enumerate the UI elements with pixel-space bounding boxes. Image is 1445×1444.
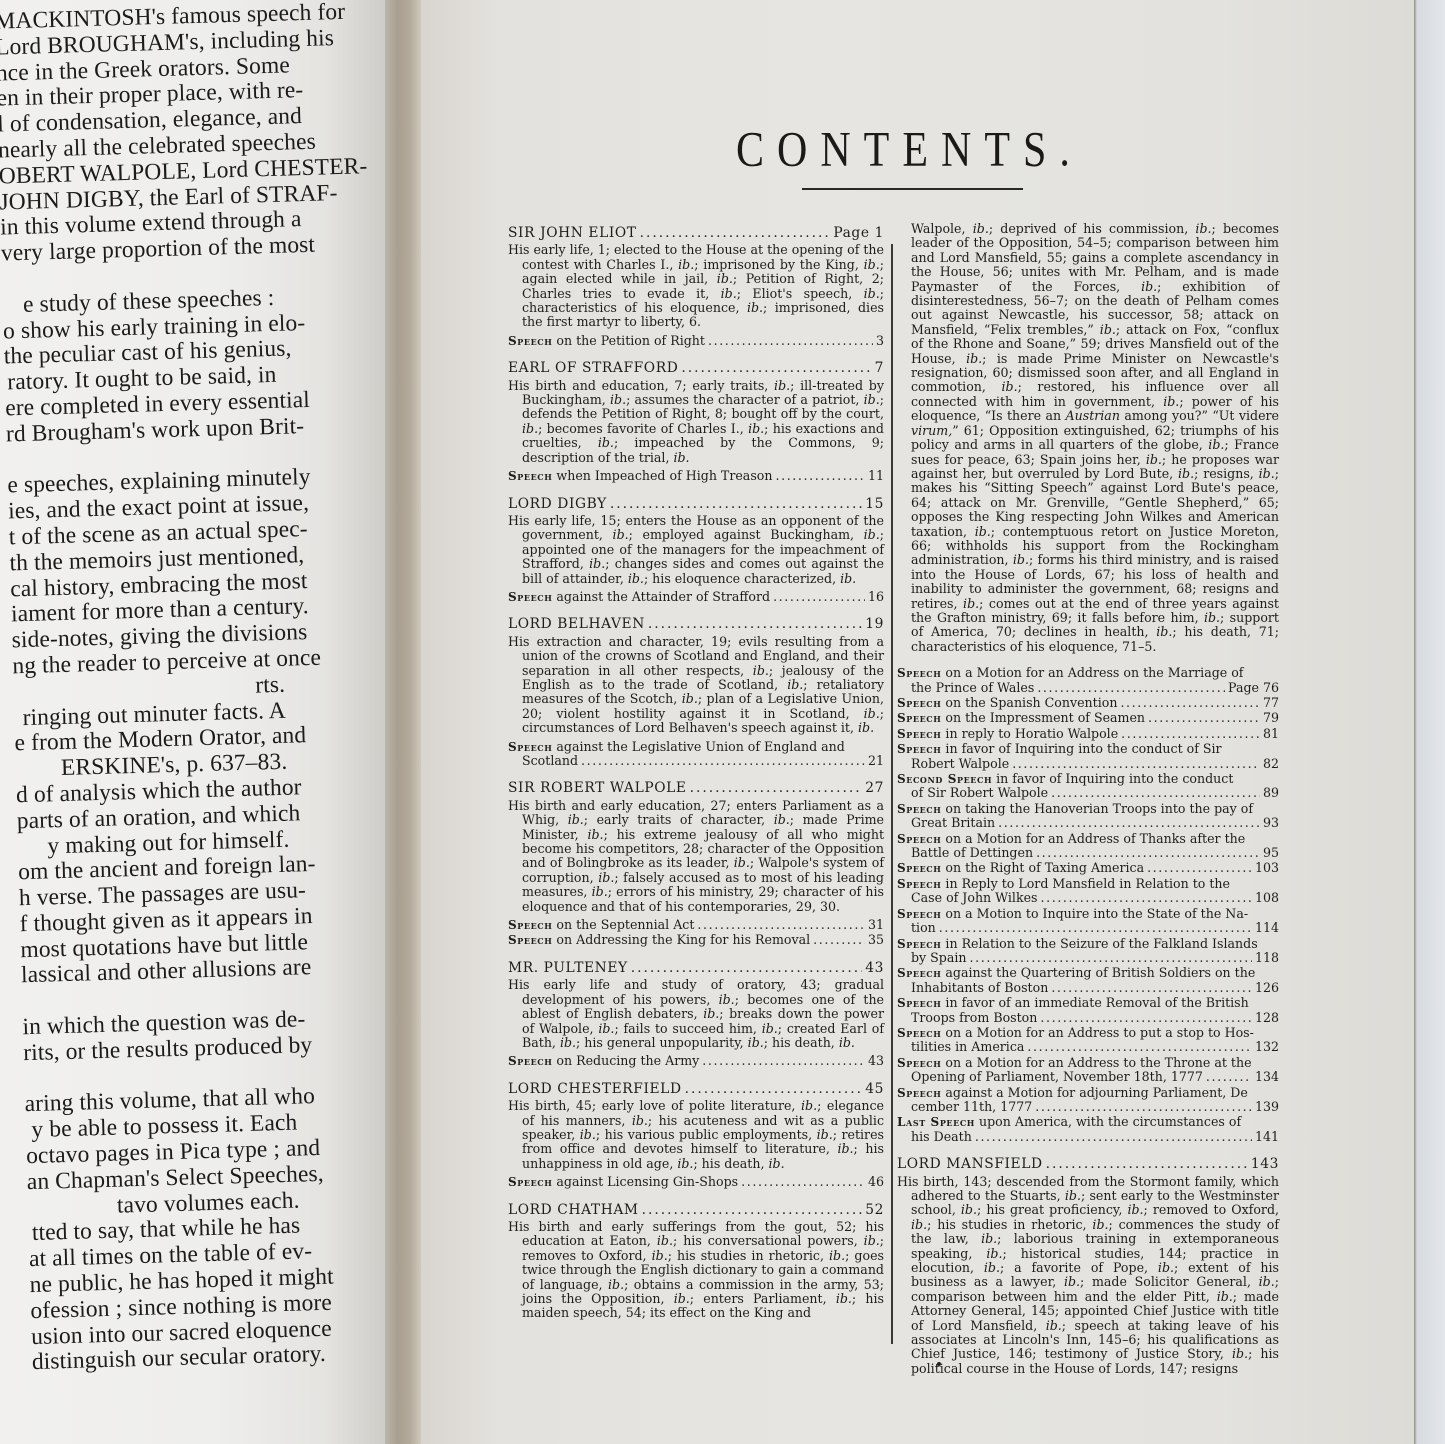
speech-entry: Speech in Reply to Lord Mansfield in Rel… — [897, 877, 1279, 906]
dot-leader — [1051, 981, 1252, 995]
page-number: 15 — [865, 497, 884, 511]
toc-line: Speech on the Right of Taxing America103 — [897, 861, 1279, 875]
speech-keyword: Speech — [897, 1086, 941, 1100]
toc-line: Opening of Parliament, November 18th, 17… — [897, 1070, 1279, 1084]
speech-title: against the Legislative Union of England… — [556, 739, 844, 754]
page-number: 134 — [1255, 1070, 1279, 1084]
speech-title-line: Speech against a Motion for adjourning P… — [897, 1086, 1279, 1100]
page-number: Page 1 — [833, 226, 884, 240]
speech-title-tail: tilities in America — [911, 1040, 1024, 1054]
speech-title: in reply to Horatio Walpole — [945, 727, 1118, 741]
page-number: 21 — [868, 754, 884, 768]
speech-entry: Speech on a Motion to Inquire into the S… — [897, 907, 1279, 936]
speech-entry: Speech on a Motion for an Address on the… — [897, 666, 1279, 695]
speech-keyword: Speech — [897, 907, 941, 921]
speech-keyword: Speech — [897, 1026, 941, 1040]
orator-summary: His birth and early education, 27; enter… — [508, 799, 884, 914]
speech-title: on the Septennial Act — [556, 918, 694, 932]
speech-title-line: Second Speech in favor of Inquiring into… — [897, 772, 1279, 786]
orator-summary: His birth, 143; descended from the Storm… — [897, 1175, 1279, 1377]
speech-title-line: Speech on a Motion to Inquire into the S… — [897, 907, 1279, 921]
orator-summary: His birth and education, 7; early traits… — [508, 379, 884, 465]
orator-heading: LORD CHATHAM — [508, 1203, 639, 1217]
dot-leader — [975, 1130, 1252, 1144]
speech-title-tail: cember 11th, 1777 — [911, 1100, 1032, 1114]
page-number: 95 — [1263, 846, 1279, 860]
page-number: 35 — [868, 933, 884, 947]
speech-entry: Speech on the Impressment of Seamen79 — [897, 711, 1279, 725]
dot-leader — [1040, 1011, 1252, 1025]
speech-title: in Reply to Lord Mansfield in Relation t… — [945, 876, 1230, 891]
toc-line: Battle of Dettingen95 — [897, 846, 1279, 860]
speech-keyword: Second Speech — [897, 772, 992, 786]
toc-entry-mansfield: LORD MANSFIELD143His birth, 143; descend… — [897, 1157, 1279, 1376]
dot-leader — [642, 1203, 863, 1217]
dot-leader — [1012, 757, 1260, 771]
speech-entry: Second Speech in favor of Inquiring into… — [897, 772, 1279, 801]
toc-line: tion114 — [897, 921, 1279, 935]
toc-line: tilities in America132 — [897, 1040, 1279, 1054]
speech-entry: Speech on the Spanish Convention77 — [897, 696, 1279, 710]
speech-label: Speech on the Petition of Right — [508, 334, 705, 348]
speech-entry: Speech in reply to Horatio Walpole81 — [897, 727, 1279, 741]
orator-summary: His extraction and character, 19; evils … — [508, 635, 884, 736]
dot-leader — [998, 816, 1260, 830]
dot-leader — [1027, 1040, 1252, 1054]
toc-line: Speech on the Impressment of Seamen79 — [897, 711, 1279, 725]
orator-heading: LORD DIGBY — [508, 497, 607, 511]
orator-heading: LORD MANSFIELD — [897, 1157, 1043, 1171]
toc-line: Speech on the Spanish Convention77 — [897, 696, 1279, 710]
speech-title-tail: Scotland — [522, 754, 578, 768]
speech-keyword: Last Speech — [897, 1115, 975, 1129]
toc-line: Robert Walpole82 — [897, 757, 1279, 771]
speech-keyword: Speech — [897, 727, 941, 741]
page-number: 118 — [1255, 951, 1279, 965]
dot-leader — [813, 933, 865, 947]
chatham-summary-continued: Walpole, ib.; deprived of his commission… — [897, 222, 1279, 654]
speech-keyword: Speech — [508, 740, 552, 754]
speech-title: on the Impressment of Seamen — [945, 711, 1145, 725]
page-number: 82 — [1263, 757, 1279, 771]
dot-leader — [1206, 1070, 1252, 1084]
page-number: 43 — [868, 1054, 884, 1068]
speech-title: in favor of Inquiring into the conduct — [996, 771, 1233, 786]
toc-line: LORD DIGBY15 — [508, 497, 884, 511]
orator-summary: His birth and early sufferings from the … — [508, 1220, 884, 1321]
contents-title: CONTENTS. — [736, 122, 1066, 179]
dot-leader — [581, 754, 865, 768]
orator-heading: EARL OF STRAFFORD — [508, 361, 678, 375]
speech-entry: Last Speech upon America, with the circu… — [897, 1115, 1279, 1144]
dot-leader — [1147, 861, 1252, 875]
toc-line: SIR JOHN ELIOTPage 1 — [508, 226, 884, 240]
speech-title: in favor of an immediate Removal of the … — [945, 995, 1248, 1010]
dot-leader — [1036, 846, 1260, 860]
dot-leader — [697, 918, 865, 932]
toc-entry: LORD BELHAVEN19His extraction and charac… — [508, 617, 884, 768]
page-number: 19 — [865, 617, 884, 631]
speech-title: on taking the Hanoverian Troops into the… — [945, 801, 1253, 816]
orator-heading: MR. PULTENEY — [508, 961, 628, 975]
speech-title-line: Speech on a Motion for an Address of Tha… — [897, 832, 1279, 846]
dot-leader — [640, 226, 831, 240]
page-number: 132 — [1255, 1040, 1279, 1054]
speech-label: Speech on the Right of Taxing America — [897, 861, 1144, 875]
speech-keyword: Speech — [897, 742, 941, 756]
column-divider — [891, 244, 893, 1344]
speech-title: when Impeached of High Treason — [556, 469, 772, 483]
toc-line: the Prince of WalesPage 76 — [897, 681, 1279, 695]
speech-title-line: Speech against the Quartering of British… — [897, 966, 1279, 980]
page-number: 27 — [865, 781, 884, 795]
page-number: 11 — [868, 469, 884, 483]
speech-title-line: Speech in Relation to the Seizure of the… — [897, 937, 1279, 951]
toc-line: Inhabitants of Boston126 — [897, 981, 1279, 995]
speech-keyword: Speech — [508, 334, 552, 348]
left-page: MACKINTOSH's famous speech forLord BROUG… — [0, 0, 385, 1444]
speech-title: on a Motion for an Address on the Marria… — [945, 665, 1243, 680]
speech-entry: Speech on a Motion for an Address of Tha… — [897, 832, 1279, 861]
speech-keyword: Speech — [897, 832, 941, 846]
speech-entry: Speech on the Petition of Right3 — [508, 334, 884, 348]
toc-line: Speech against Licensing Gin-Shops46 — [508, 1175, 884, 1189]
speech-label: Speech in reply to Horatio Walpole — [897, 727, 1118, 741]
dot-leader — [773, 590, 865, 604]
orator-heading: LORD CHESTERFIELD — [508, 1082, 682, 1096]
toc-line: Speech in reply to Horatio Walpole81 — [897, 727, 1279, 741]
speech-title-line: Speech on taking the Hanoverian Troops i… — [897, 802, 1279, 816]
speech-keyword: Speech — [897, 711, 941, 725]
page-number: 31 — [868, 918, 884, 932]
speech-title-tail: Opening of Parliament, November 18th, 17… — [911, 1070, 1203, 1084]
speech-title-tail: Case of John Wilkes — [911, 891, 1038, 905]
speech-title-tail: Inhabitants of Boston — [911, 981, 1048, 995]
toc-line: Troops from Boston128 — [897, 1011, 1279, 1025]
speech-label: Speech on Reducing the Army — [508, 1054, 699, 1068]
speech-keyword: Speech — [897, 1056, 941, 1070]
page-number: 93 — [1263, 816, 1279, 830]
speech-title-tail: Troops from Boston — [911, 1011, 1037, 1025]
toc-line: Speech on the Septennial Act31 — [508, 918, 884, 932]
speech-entry: Speech against a Motion for adjourning P… — [897, 1086, 1279, 1115]
dot-leader — [1035, 1100, 1252, 1114]
toc-entry: LORD CHESTERFIELD45His birth, 45; early … — [508, 1082, 884, 1190]
speech-keyword: Speech — [508, 1175, 552, 1189]
speech-entry: Speech against the Legislative Union of … — [508, 740, 884, 769]
toc-line: Speech on Addressing the King for his Re… — [508, 933, 884, 947]
speech-title: on the Right of Taxing America — [945, 861, 1144, 875]
page-number: 81 — [1263, 727, 1279, 741]
book-gutter — [385, 0, 421, 1444]
speech-keyword: Speech — [897, 877, 941, 891]
toc-line: Speech against the Attainder of Straffor… — [508, 590, 884, 604]
speech-title-line: Speech on a Motion for an Address to put… — [897, 1026, 1279, 1040]
orator-heading: LORD BELHAVEN — [508, 617, 645, 631]
speech-entry: Speech on the Septennial Act31 — [508, 918, 884, 932]
dot-leader — [708, 334, 873, 348]
page-number: 128 — [1255, 1011, 1279, 1025]
speech-entry: Speech in Relation to the Seizure of the… — [897, 937, 1279, 966]
speech-title: on a Motion to Inquire into the State of… — [945, 906, 1248, 921]
speech-keyword: Speech — [897, 861, 941, 875]
page-number: 141 — [1255, 1130, 1279, 1144]
page-number: 139 — [1255, 1100, 1279, 1114]
speech-title: on a Motion for an Address to put a stop… — [945, 1025, 1253, 1040]
speech-keyword: Speech — [508, 590, 552, 604]
speech-keyword: Speech — [897, 996, 941, 1010]
speech-keyword: Speech — [897, 937, 941, 951]
speech-label: Speech on the Septennial Act — [508, 918, 694, 932]
speech-entry: Speech against the Quartering of British… — [897, 966, 1279, 995]
speech-title-tail: Robert Walpole — [911, 757, 1009, 771]
speech-title: on the Spanish Convention — [945, 696, 1117, 710]
speech-title-tail: Great Britain — [911, 816, 995, 830]
dot-leader — [631, 961, 863, 975]
orator-summary: His birth, 45; early love of polite lite… — [508, 1099, 884, 1171]
orator-summary: His early life and study of oratory, 43;… — [508, 978, 884, 1050]
speech-title: against the Quartering of British Soldie… — [945, 965, 1255, 980]
speech-entry: Speech on a Motion for an Address to put… — [897, 1026, 1279, 1055]
dot-leader — [648, 617, 862, 631]
page-number: Page 76 — [1228, 681, 1279, 695]
speech-title: on a Motion for an Address to the Throne… — [945, 1055, 1251, 1070]
toc-line: Case of John Wilkes108 — [897, 891, 1279, 905]
chatham-speeches: Speech on a Motion for an Address on the… — [897, 666, 1279, 1144]
page-number: 3 — [876, 334, 884, 348]
speech-label: Speech against Licensing Gin-Shops — [508, 1175, 738, 1189]
speech-title-tail: the Prince of Wales — [911, 681, 1034, 695]
toc-line: LORD BELHAVEN19 — [508, 617, 884, 631]
speech-keyword: Speech — [897, 966, 941, 980]
toc-entry: SIR JOHN ELIOTPage 1His early life, 1; e… — [508, 226, 884, 348]
toc-line: his Death141 — [897, 1130, 1279, 1144]
dot-leader — [1046, 1157, 1248, 1171]
left-page-text: MACKINTOSH's famous speech forLord BROUG… — [0, 2, 304, 1376]
speech-label: Speech on the Spanish Convention — [897, 696, 1117, 710]
speech-title-line: Speech in favor of Inquiring into the co… — [897, 742, 1279, 756]
dot-leader — [690, 781, 863, 795]
toc-line: SIR ROBERT WALPOLE27 — [508, 781, 884, 795]
speech-title: on a Motion for an Address of Thanks aft… — [945, 831, 1245, 846]
orator-summary: His early life, 1; elected to the House … — [508, 243, 884, 329]
speech-entry: Speech in favor of an immediate Removal … — [897, 996, 1279, 1025]
dot-leader — [610, 497, 862, 511]
toc-line: Speech when Impeached of High Treason11 — [508, 469, 884, 483]
toc-right-column: Walpole, ib.; deprived of his commission… — [897, 222, 1279, 1380]
orator-summary: His early life, 15; enters the House as … — [508, 514, 884, 586]
page-number: 43 — [865, 961, 884, 975]
dot-leader — [702, 1054, 865, 1068]
speech-title: on Addressing the King for his Removal — [556, 933, 810, 947]
dot-leader — [1148, 711, 1260, 725]
dot-leader — [1041, 891, 1252, 905]
speech-title-line: Speech in favor of an immediate Removal … — [897, 996, 1279, 1010]
page-number: 77 — [1263, 696, 1279, 710]
speech-title-line: Speech on a Motion for an Address to the… — [897, 1056, 1279, 1070]
dot-leader — [681, 361, 871, 375]
toc-entry: MR. PULTENEY43His early life and study o… — [508, 961, 884, 1069]
toc-entry: LORD DIGBY15His early life, 15; enters t… — [508, 497, 884, 605]
page-number: 7 — [875, 361, 884, 375]
speech-title-line: Last Speech upon America, with the circu… — [897, 1115, 1279, 1129]
speech-title-line: Speech in Reply to Lord Mansfield in Rel… — [897, 877, 1279, 891]
toc-line: LORD CHATHAM52 — [508, 1203, 884, 1217]
toc-line: by Spain118 — [897, 951, 1279, 965]
speech-label: Speech on the Impressment of Seamen — [897, 711, 1145, 725]
page-number: 126 — [1255, 981, 1279, 995]
speech-entry: Speech on taking the Hanoverian Troops i… — [897, 802, 1279, 831]
dot-leader — [1051, 786, 1260, 800]
speech-title-tail: of Sir Robert Walpole — [911, 786, 1048, 800]
page-number: 52 — [865, 1203, 884, 1217]
speech-entry: Speech on the Right of Taxing America103 — [897, 861, 1279, 875]
speech-title-tail: Battle of Dettingen — [911, 846, 1033, 860]
page-number: 79 — [1263, 711, 1279, 725]
toc-line: LORD MANSFIELD143 — [897, 1157, 1279, 1171]
toc-line: Scotland21 — [508, 754, 884, 768]
speech-title: against the Attainder of Strafford — [556, 590, 770, 604]
speech-title: in favor of Inquiring into the conduct o… — [945, 741, 1221, 756]
speech-label: Speech when Impeached of High Treason — [508, 469, 772, 483]
toc-line: EARL OF STRAFFORD7 — [508, 361, 884, 375]
speech-keyword: Speech — [897, 802, 941, 816]
page-number: 114 — [1255, 921, 1279, 935]
dot-leader — [685, 1082, 863, 1096]
page-number: 45 — [865, 1082, 884, 1096]
speech-entry: Speech on Reducing the Army43 — [508, 1054, 884, 1068]
dot-leader — [741, 1175, 865, 1189]
left-page-line: distinguish our secular oratory. — [32, 1343, 305, 1376]
printer-mark — [937, 1362, 941, 1366]
speech-title-tail: by Spain — [911, 951, 967, 965]
speech-title: on the Petition of Right — [556, 334, 705, 348]
speech-title: upon America, with the circumstances of — [979, 1114, 1241, 1129]
page-number: 103 — [1255, 861, 1279, 875]
speech-title-tail: tion — [911, 921, 936, 935]
speech-keyword: Speech — [508, 918, 552, 932]
speech-keyword: Speech — [508, 933, 552, 947]
toc-line: Great Britain93 — [897, 816, 1279, 830]
toc-entry: SIR ROBERT WALPOLE27His birth and early … — [508, 781, 884, 947]
dot-leader — [1037, 681, 1225, 695]
speech-label: Speech against the Attainder of Straffor… — [508, 590, 770, 604]
orator-heading: SIR ROBERT WALPOLE — [508, 781, 687, 795]
toc-entry: LORD CHATHAM52His birth and early suffer… — [508, 1203, 884, 1321]
dot-leader — [939, 921, 1252, 935]
speech-entry: Speech on Addressing the King for his Re… — [508, 933, 884, 947]
toc-line: Speech on the Petition of Right3 — [508, 334, 884, 348]
speech-entry: Speech against Licensing Gin-Shops46 — [508, 1175, 884, 1189]
speech-title-line: Speech against the Legislative Union of … — [508, 740, 884, 754]
speech-title-tail: his Death — [911, 1130, 972, 1144]
speech-entry: Speech in favor of Inquiring into the co… — [897, 742, 1279, 771]
title-rule — [802, 188, 1023, 190]
page-number: 46 — [868, 1175, 884, 1189]
toc-line: MR. PULTENEY43 — [508, 961, 884, 975]
speech-title: against Licensing Gin-Shops — [556, 1175, 738, 1189]
speech-title: in Relation to the Seizure of the Falkla… — [945, 936, 1257, 951]
page-number: 143 — [1251, 1157, 1279, 1171]
speech-keyword: Speech — [508, 1054, 552, 1068]
toc-line: Speech on Reducing the Army43 — [508, 1054, 884, 1068]
speech-keyword: Speech — [897, 696, 941, 710]
toc-line: of Sir Robert Walpole89 — [897, 786, 1279, 800]
speech-label: Speech on Addressing the King for his Re… — [508, 933, 810, 947]
speech-keyword: Speech — [897, 666, 941, 680]
toc-left-column: SIR JOHN ELIOTPage 1His early life, 1; e… — [508, 226, 884, 1334]
toc-line: cember 11th, 1777139 — [897, 1100, 1279, 1114]
dot-leader — [1121, 727, 1260, 741]
speech-title: on Reducing the Army — [556, 1054, 699, 1068]
orator-heading: SIR JOHN ELIOT — [508, 226, 637, 240]
dot-leader — [1120, 696, 1260, 710]
page-number: 89 — [1263, 786, 1279, 800]
speech-entry: Speech on a Motion for an Address to the… — [897, 1056, 1279, 1085]
speech-title: against a Motion for adjourning Parliame… — [945, 1085, 1247, 1100]
toc-line: LORD CHESTERFIELD45 — [508, 1082, 884, 1096]
page-edge — [1414, 0, 1445, 1444]
page-number: 108 — [1255, 891, 1279, 905]
dot-leader — [970, 951, 1252, 965]
speech-keyword: Speech — [508, 469, 552, 483]
speech-entry: Speech when Impeached of High Treason11 — [508, 469, 884, 483]
dot-leader — [775, 469, 864, 483]
speech-title-line: Speech on a Motion for an Address on the… — [897, 666, 1279, 680]
page-number: 16 — [868, 590, 884, 604]
speech-entry: Speech against the Attainder of Straffor… — [508, 590, 884, 604]
toc-entry: EARL OF STRAFFORD7His birth and educatio… — [508, 361, 884, 483]
